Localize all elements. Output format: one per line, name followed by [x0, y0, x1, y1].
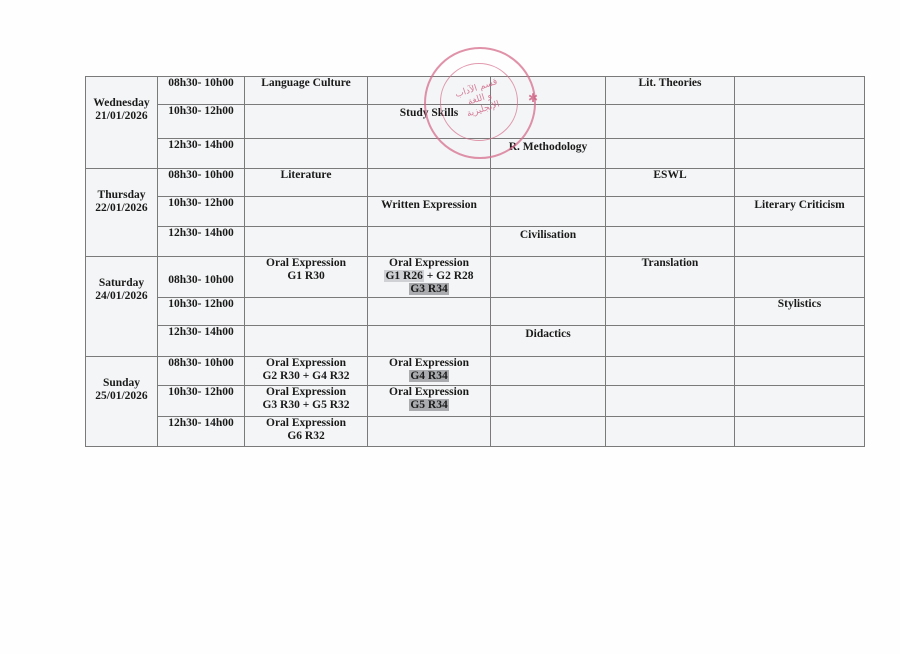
- group-room: G3 R34: [368, 283, 490, 296]
- subject-cell: Translation: [606, 257, 735, 298]
- table-row: 12h30- 14h00 Civilisation: [86, 227, 865, 257]
- day-name: Saturday: [86, 277, 157, 290]
- subject-cell: Civilisation: [491, 227, 606, 257]
- subject-cell: [368, 227, 491, 257]
- subject-cell: [735, 417, 865, 447]
- subject-cell: [491, 77, 606, 105]
- group-room: G3 R30 + G5 R32: [245, 399, 367, 412]
- time-slot: 10h30- 12h00: [158, 298, 245, 326]
- highlighted-group: G3 R34: [409, 283, 448, 295]
- subject-cell: [606, 326, 735, 357]
- subject-cell: [368, 169, 491, 197]
- subject-cell: [245, 298, 368, 326]
- highlighted-group: G1 R26: [384, 270, 423, 282]
- subject-cell: [245, 326, 368, 357]
- subject-cell: [491, 169, 606, 197]
- time-slot: 08h30- 10h00: [158, 257, 245, 298]
- table-row: Thursday 22/01/2026 08h30- 10h00 Literat…: [86, 169, 865, 197]
- day-date: 21/01/2026: [86, 110, 157, 123]
- subject-cell: [735, 326, 865, 357]
- subject-cell: [606, 139, 735, 169]
- time-slot: 08h30- 10h00: [158, 357, 245, 386]
- subject-cell: [606, 105, 735, 139]
- highlighted-group: G5 R34: [409, 399, 448, 411]
- subject-cell: [245, 139, 368, 169]
- table-row: 12h30- 14h00 Oral Expression G6 R32: [86, 417, 865, 447]
- subject-cell: R. Methodology: [491, 139, 606, 169]
- subject-name: Oral Expression: [368, 257, 490, 270]
- table-row: 10h30- 12h00 Written Expression Literary…: [86, 197, 865, 227]
- subject-cell: Lit. Theories: [606, 77, 735, 105]
- subject-cell: [368, 139, 491, 169]
- time-slot: 10h30- 12h00: [158, 386, 245, 417]
- group-room: G5 R34: [368, 399, 490, 412]
- subject-cell: [368, 417, 491, 447]
- day-cell-wednesday: Wednesday 21/01/2026: [86, 77, 158, 169]
- subject-cell: [491, 257, 606, 298]
- subject-cell: [245, 227, 368, 257]
- subject-cell: Stylistics: [735, 298, 865, 326]
- day-cell-sunday: Sunday 25/01/2026: [86, 357, 158, 447]
- table-row: Wednesday 21/01/2026 08h30- 10h00 Langua…: [86, 77, 865, 105]
- subject-cell: Language Culture: [245, 77, 368, 105]
- table-row: Sunday 25/01/2026 08h30- 10h00 Oral Expr…: [86, 357, 865, 386]
- subject-cell: [606, 417, 735, 447]
- day-cell-thursday: Thursday 22/01/2026: [86, 169, 158, 257]
- subject-cell: [735, 386, 865, 417]
- subject-cell: [368, 298, 491, 326]
- subject-cell: [606, 386, 735, 417]
- time-slot: 12h30- 14h00: [158, 326, 245, 357]
- day-name: Thursday: [86, 189, 157, 202]
- time-slot: 10h30- 12h00: [158, 197, 245, 227]
- table-row: Saturday 24/01/2026 08h30- 10h00 Oral Ex…: [86, 257, 865, 298]
- subject-cell: Oral Expression G1 R30: [245, 257, 368, 298]
- exam-timetable: Wednesday 21/01/2026 08h30- 10h00 Langua…: [85, 76, 865, 447]
- subject-cell: Oral Expression G4 R34: [368, 357, 491, 386]
- time-slot: 08h30- 10h00: [158, 169, 245, 197]
- subject-cell: [606, 227, 735, 257]
- day-name: Wednesday: [86, 97, 157, 110]
- subject-cell: [735, 77, 865, 105]
- subject-cell: [735, 169, 865, 197]
- time-slot: 12h30- 14h00: [158, 227, 245, 257]
- time-slot: 12h30- 14h00: [158, 417, 245, 447]
- time-slot: 08h30- 10h00: [158, 77, 245, 105]
- subject-cell: Oral Expression G2 R30 + G4 R32: [245, 357, 368, 386]
- subject-cell: [606, 298, 735, 326]
- table-row: 10h30- 12h00 Stylistics: [86, 298, 865, 326]
- subject-name: Oral Expression: [245, 357, 367, 370]
- subject-cell: Oral Expression G6 R32: [245, 417, 368, 447]
- group-room: G2 R30 + G4 R32: [245, 370, 367, 383]
- table-row: 12h30- 14h00 R. Methodology: [86, 139, 865, 169]
- subject-cell: Literary Criticism: [735, 197, 865, 227]
- subject-cell: [735, 357, 865, 386]
- subject-cell: Study Skills: [368, 105, 491, 139]
- subject-cell: [606, 357, 735, 386]
- day-date: 25/01/2026: [86, 390, 157, 403]
- subject-name: Oral Expression: [368, 357, 490, 370]
- day-date: 22/01/2026: [86, 202, 157, 215]
- group-room: G4 R34: [368, 370, 490, 383]
- table-row: 10h30- 12h00 Study Skills: [86, 105, 865, 139]
- subject-cell: [491, 417, 606, 447]
- time-slot: 10h30- 12h00: [158, 105, 245, 139]
- subject-cell: [368, 326, 491, 357]
- subject-cell: [735, 105, 865, 139]
- group-room: G1 R30: [245, 270, 367, 283]
- subject-cell: [491, 298, 606, 326]
- subject-cell: [735, 139, 865, 169]
- day-cell-saturday: Saturday 24/01/2026: [86, 257, 158, 357]
- subject-cell: Oral Expression G5 R34: [368, 386, 491, 417]
- subject-name: Oral Expression: [368, 386, 490, 399]
- subject-cell: Didactics: [491, 326, 606, 357]
- subject-cell: [491, 357, 606, 386]
- scanned-page: Wednesday 21/01/2026 08h30- 10h00 Langua…: [0, 0, 900, 654]
- subject-name: Oral Expression: [245, 257, 367, 270]
- subject-cell: [491, 386, 606, 417]
- subject-cell: [735, 227, 865, 257]
- highlighted-group: G4 R34: [409, 370, 448, 382]
- table-row: 12h30- 14h00 Didactics: [86, 326, 865, 357]
- day-date: 24/01/2026: [86, 290, 157, 303]
- subject-cell: [491, 197, 606, 227]
- group-room: G1 R26 + G2 R28: [368, 270, 490, 283]
- subject-cell: Oral Expression G3 R30 + G5 R32: [245, 386, 368, 417]
- table-row: 10h30- 12h00 Oral Expression G3 R30 + G5…: [86, 386, 865, 417]
- subject-cell: [368, 77, 491, 105]
- subject-cell: Literature: [245, 169, 368, 197]
- time-slot: 12h30- 14h00: [158, 139, 245, 169]
- subject-cell: [245, 197, 368, 227]
- subject-name: Oral Expression: [245, 417, 367, 430]
- subject-cell: Written Expression: [368, 197, 491, 227]
- subject-cell: [491, 105, 606, 139]
- subject-cell: [606, 197, 735, 227]
- group-room: G6 R32: [245, 430, 367, 443]
- subject-cell: [735, 257, 865, 298]
- subject-cell: [245, 105, 368, 139]
- subject-cell: Oral Expression G1 R26 + G2 R28 G3 R34: [368, 257, 491, 298]
- subject-name: Oral Expression: [245, 386, 367, 399]
- subject-cell: ESWL: [606, 169, 735, 197]
- day-name: Sunday: [86, 377, 157, 390]
